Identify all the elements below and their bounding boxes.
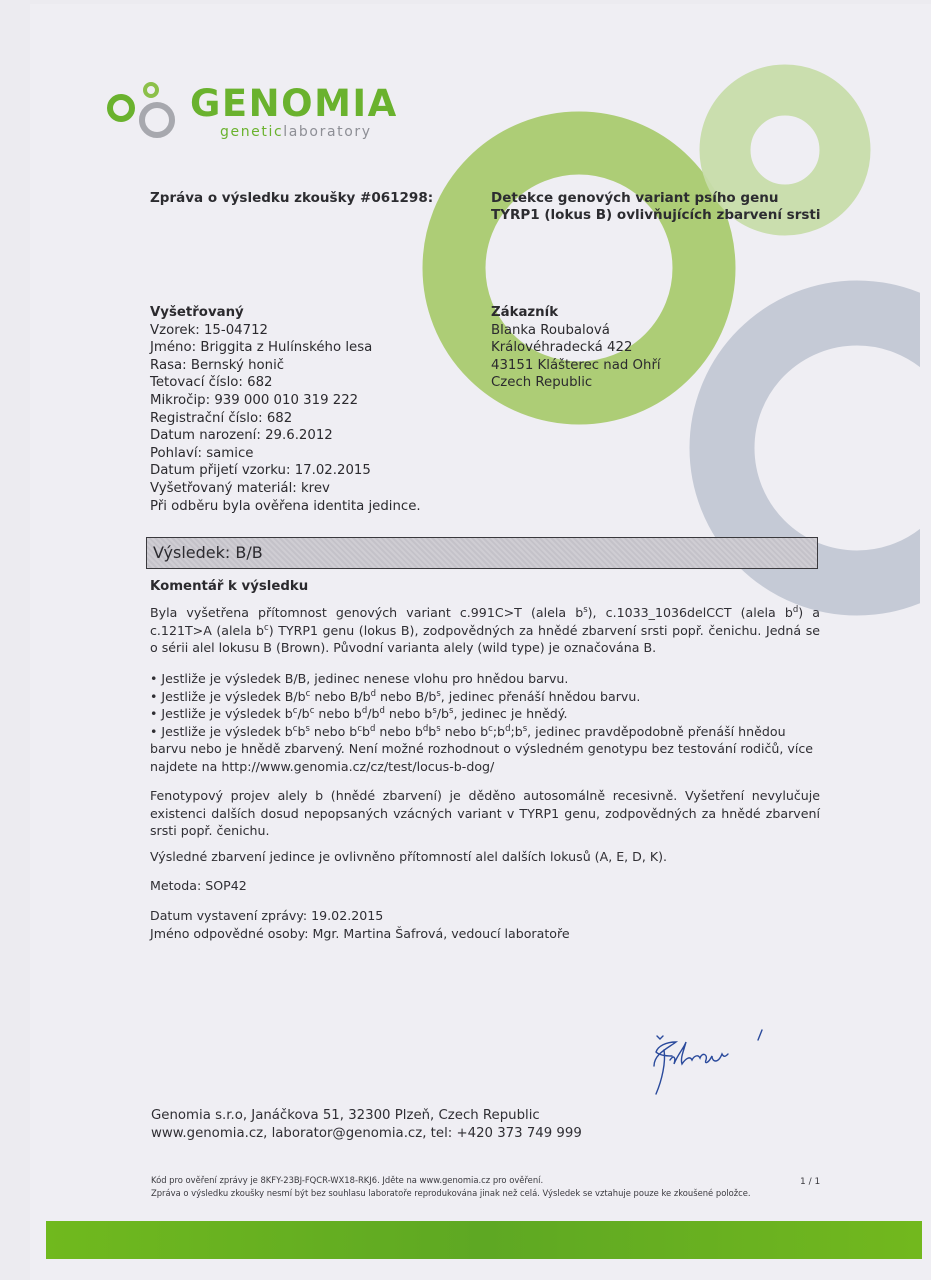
- logo-wordmark: GENOMIA: [190, 82, 398, 125]
- footer-notes: Kód pro ověření zprávy je 8KFY-23BJ-FQCR…: [151, 1174, 751, 1199]
- result-box: Výsledek: B/B: [146, 537, 818, 569]
- text-run: • Jestliže je výsledek b: [150, 706, 293, 721]
- verification-note: Kód pro ověření zprávy je 8KFY-23BJ-FQCR…: [151, 1174, 751, 1187]
- genomia-logo: GENOMIA geneticlaboratory: [106, 78, 426, 150]
- subject-line-breed: Rasa: Bernský honič: [150, 357, 470, 375]
- result-label: Výsledek: B/B: [153, 543, 263, 562]
- logo-tagline-laboratory: laboratory: [283, 124, 371, 140]
- text-run: , jedinec je hnědý.: [453, 706, 567, 721]
- customer-line-street: Královéhradecká 422: [491, 339, 751, 357]
- customer-heading: Zákazník: [491, 304, 751, 322]
- company-address: Genomia s.r.o, Janáčkova 51, 32300 Plzeň…: [151, 1107, 582, 1125]
- logo-tagline-genetic: genetic: [220, 124, 283, 140]
- responsible-person: Jméno odpovědné osoby: Mgr. Martina Šafr…: [150, 925, 820, 943]
- footer-green-bar: [46, 1221, 922, 1259]
- interpretation-item: • Jestliže je výsledek B/bc nebo B/bd ne…: [150, 688, 820, 706]
- text-run: nebo b: [385, 706, 432, 721]
- subject-line-birthdate: Datum narození: 29.6.2012: [150, 427, 470, 445]
- text-run: ), c.1033_1036delCCT (alela b: [588, 605, 793, 620]
- interpretation-list: • Jestliže je výsledek B/B, jedinec nene…: [150, 670, 820, 775]
- footer-address-block: Genomia s.r.o, Janáčkova 51, 32300 Plzeň…: [151, 1107, 582, 1143]
- comment-paragraph-variants: Byla vyšetřena přítomnost genových varia…: [150, 604, 820, 657]
- company-contact: www.genomia.cz, laborator@genomia.cz, te…: [151, 1125, 582, 1143]
- text-run: nebo b: [375, 724, 422, 739]
- text-run: • Jestliže je výsledek B/b: [150, 689, 306, 704]
- text-run: • Jestliže je výsledek b: [150, 724, 293, 739]
- text-run: b: [362, 724, 370, 739]
- issue-date: Datum vystavení zprávy: 19.02.2015: [150, 907, 820, 925]
- logo-rings-icon: [106, 78, 190, 150]
- comment-heading: Komentář k výsledku: [150, 579, 308, 594]
- interpretation-item: • Jestliže je výsledek bc/bc nebo bd/bd …: [150, 705, 820, 723]
- text-run: /b: [437, 706, 449, 721]
- subject-line-registration: Registrační číslo: 682: [150, 410, 470, 428]
- report-title: Zpráva o výsledku zkoušky #061298:: [150, 190, 433, 206]
- locus-b-info-link[interactable]: http://www.genomia.cz/cz/test/locus-b-do…: [221, 759, 494, 774]
- text-run: nebo B/b: [310, 689, 370, 704]
- subject-line-identity: Při odběru byla ověřena identita jedince…: [150, 498, 470, 516]
- issue-info: Datum vystavení zprávy: 19.02.2015 Jméno…: [150, 907, 820, 942]
- subject-heading: Vyšetřovaný: [150, 304, 470, 322]
- text-run: ;b: [510, 724, 522, 739]
- text-run: nebo b: [314, 706, 361, 721]
- subject-line-tattoo: Tetovací číslo: 682: [150, 374, 470, 392]
- test-name: Detekce genových variant psího genu TYRP…: [491, 190, 831, 224]
- subject-line-received: Datum přijetí vzorku: 17.02.2015: [150, 462, 470, 480]
- subject-section: Vyšetřovaný Vzorek: 15-04712 Jméno: Brig…: [150, 304, 470, 515]
- text-run: /b: [297, 706, 309, 721]
- subject-line-sex: Pohlaví: samice: [150, 445, 470, 463]
- logo-tagline: geneticlaboratory: [220, 124, 372, 140]
- text-run: Byla vyšetřena přítomnost genových varia…: [150, 605, 583, 620]
- text-run: nebo b: [310, 724, 357, 739]
- method-line: Metoda: SOP42: [150, 877, 820, 895]
- subject-line-name: Jméno: Briggita z Hulínského lesa: [150, 339, 470, 357]
- customer-line-name: Blanka Roubalová: [491, 322, 751, 340]
- text-run: /b: [367, 706, 379, 721]
- reproduction-disclaimer: Zpráva o výsledku zkoušky nesmí být bez …: [151, 1187, 751, 1200]
- customer-section: Zákazník Blanka Roubalová Královéhradeck…: [491, 304, 751, 392]
- subject-line-material: Vyšetřovaný materiál: krev: [150, 480, 470, 498]
- customer-line-city: 43151 Klášterec nad Ohří: [491, 357, 751, 375]
- handwritten-signature: [640, 1020, 790, 1100]
- text-run: , jedinec přenáší hnědou barvu.: [441, 689, 641, 704]
- page-number: 1 / 1: [800, 1177, 820, 1187]
- comment-paragraph-other-loci: Výsledné zbarvení jedince je ovlivněno p…: [150, 848, 820, 866]
- text-run: nebo b: [441, 724, 488, 739]
- interpretation-item: • Jestliže je výsledek B/B, jedinec nene…: [150, 670, 820, 688]
- text-run: nebo B/b: [376, 689, 436, 704]
- subject-line-sample: Vzorek: 15-04712: [150, 322, 470, 340]
- subject-line-microchip: Mikročip: 939 000 010 319 222: [150, 392, 470, 410]
- interpretation-item: • Jestliže je výsledek bcbs nebo bcbd ne…: [150, 723, 820, 776]
- comment-paragraph-inheritance: Fenotypový projev alely b (hnědé zbarven…: [150, 787, 820, 840]
- customer-line-country: Czech Republic: [491, 374, 751, 392]
- text-run: ;b: [493, 724, 505, 739]
